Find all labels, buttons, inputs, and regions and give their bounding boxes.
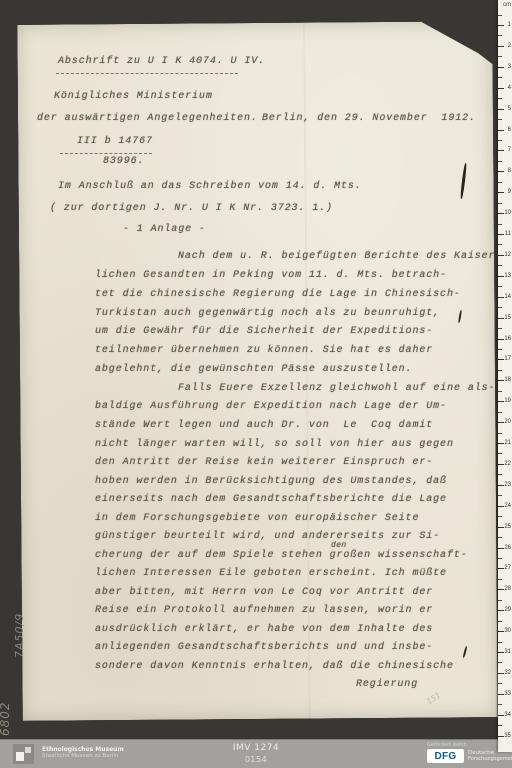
ruler-cm-label: 30 [504,628,511,634]
ruler-half-tick [498,725,502,726]
ruler-cm-label: 22 [504,461,511,467]
dfg-logo: DFG [427,749,464,763]
typed-line: um die Gewähr für die Sicherheit der Exp… [95,326,433,337]
ruler-cm-tick [498,234,504,235]
ref-line2: 83996. [103,156,144,167]
ruler-half-tick [498,516,502,517]
ruler-half-tick [498,662,502,663]
typed-line: hoben werden in Berücksichtigung des Ums… [95,476,447,487]
ruler-cm-tick [498,255,504,256]
ruler-cm-label: 28 [504,586,511,592]
ruler-cm-label: 10 [504,210,511,216]
ruler-half-tick [498,224,502,225]
funding-note: Gefördert durch [427,742,467,748]
ruler-cm-label: 11 [505,231,511,237]
date-line: Berlin, den 29. November 1912. [262,113,476,124]
typed-line: Falls Euere Exzellenz gleichwohl auf ein… [178,383,495,394]
typed-line: den Antritt der Reise kein weiterer Eins… [95,457,433,468]
ruler-cm-label: 21 [504,440,511,446]
ruler-cm-tick [498,548,504,549]
typed-line: stände Wert legen und auch Dr. von Le Co… [95,420,433,431]
typed-line: sondere davon Kenntnis erhalten, daß die… [95,661,454,672]
ruler-half-tick [498,56,502,57]
ruler-cm-label: 9 [508,189,511,195]
typed-line: Reise ein Protokoll aufnehmen zu lassen,… [95,605,433,616]
ruler-cm-tick [498,401,504,402]
ruler-cm-tick [498,589,504,590]
intro-line2: ( zur dortigen J. Nr. U I K Nr. 3723. 1.… [50,203,333,214]
ruler-cm-label: 35 [504,733,511,739]
ruler-cm-tick [498,67,504,68]
ruler-cm-label: 2 [508,43,511,49]
dfg-name-line2: Forschungsgemeinschaft [468,756,512,762]
ruler-cm-label: 29 [504,607,511,613]
ruler-cm-tick [498,192,504,193]
ruler-half-tick [498,15,502,16]
ruler-cm-tick [498,297,504,298]
intro-line3: - 1 Anlage - [123,224,206,235]
ruler-cm-tick [498,130,504,131]
dashed-underline [60,153,152,154]
typed-line: Nach dem u. R. beigefügten Berichte des … [178,251,502,262]
ruler-half-tick [498,161,502,162]
ruler-half-tick [498,621,502,622]
ruler-cm-label: 23 [504,482,511,488]
ref-line1: III b 14767 [77,136,153,147]
ruler-cm-tick [498,464,504,465]
ruler-half-tick [498,642,502,643]
ruler-cm-label: 4 [508,85,511,91]
ruler-half-tick [498,328,502,329]
ruler-cm-label: 8 [508,168,511,174]
typed-line: lichen Gesandten in Peking vom 11. d. Mt… [95,270,447,281]
ruler-cm-label: 6 [508,127,511,133]
ruler-cm-tick [498,88,504,89]
typed-line: baldige Ausführung der Expedition nach L… [95,401,447,412]
ruler-cm-label: 7 [508,147,511,153]
ruler-cm-label: 27 [504,565,511,571]
ruler-cm-label: 19 [504,398,511,404]
typed-line: abgelehnt, die gewünschten Pässe auszust… [95,364,412,375]
ruler-cm-tick [498,610,504,611]
typed-line: lichen Interessen Eile geboten erscheint… [95,568,447,579]
ruler-half-tick [498,537,502,538]
dashed-underline [56,73,238,74]
ruler-cm-tick [498,213,504,214]
ruler-half-tick [498,98,502,99]
ruler-half-tick [498,453,502,454]
ruler-cm-tick [498,150,504,151]
ruler-cm-label: 33 [504,691,511,697]
ruler-cm-tick [498,631,504,632]
typed-line: Regierung [356,679,418,690]
ruler-cm-label: 18 [504,377,511,383]
ruler-cm-tick [498,527,504,528]
ruler-half-tick [498,391,502,392]
ruler-cm-tick [498,422,504,423]
ruler-cm-label: 32 [504,670,511,676]
ruler-cm-label: 24 [504,503,511,509]
typed-line: in dem Forschungsgebiete von europäische… [95,513,419,524]
ruler-cm-label: 5 [508,106,511,112]
ruler-cm-tick [498,46,504,47]
ruler-half-tick [498,203,502,204]
typed-line: anliegenden Gesandtschaftsberichts und u… [95,642,433,653]
ruler-cm-tick [498,736,504,737]
ruler-half-tick [498,140,502,141]
ruler-half-tick [498,77,502,78]
ruler-cm-label: 20 [504,419,511,425]
ruler-cm-tick [498,485,504,486]
typed-line: teilnehmer übernehmen zu können. Sie hat… [95,345,433,356]
margin-annotation-callnumber: 7A50/9 [13,613,26,658]
ruler-cm-label: 13 [504,273,511,279]
ruler-cm-label: 3 [508,64,511,70]
ruler-cm-label: 14 [504,294,511,300]
ruler-half-tick [498,349,502,350]
ruler-cm-tick [498,171,504,172]
ruler-cm-tick [498,276,504,277]
intro-line1: Im Anschluß an das Schreiben vom 14. d. … [58,181,362,192]
ruler-unit-label: cm [503,2,511,8]
ruler-cm-label: 12 [504,252,511,258]
ruler-cm-label: 26 [504,545,511,551]
ruler-half-tick [498,495,502,496]
ruler-cm-tick [498,359,504,360]
ruler-cm-tick [498,318,504,319]
ruler-half-tick [498,119,502,120]
typed-line: tet die chinesische Regierung die Lage i… [95,289,461,300]
ruler-cm-tick [498,339,504,340]
ruler-half-tick [498,474,502,475]
ruler-cm-tick [498,109,504,110]
ruler-cm-tick [498,25,504,26]
ruler-cm-label: 34 [504,712,511,718]
inserted-word: den [331,541,347,550]
ruler-cm-tick [498,506,504,507]
ruler-cm-tick [498,652,504,653]
ruler-cm-label: 31 [504,649,511,655]
typed-line: günstiger beurteilt wird, und anderersei… [95,531,440,542]
ministry-line1: Königliches Ministerium [54,91,213,102]
ruler-half-tick [498,307,502,308]
ruler-cm-tick [498,715,504,716]
ruler-cm-label: 17 [504,356,511,362]
ruler-half-tick [498,704,502,705]
ruler-half-tick [498,412,502,413]
ruler-cm-tick [498,568,504,569]
ministry-line2: der auswärtigen Angelegenheiten. [37,113,258,124]
ruler-half-tick [498,244,502,245]
margin-annotation-number: 6802 [0,701,12,736]
ruler-cm-tick [498,443,504,444]
ruler-cm-tick [498,694,504,695]
ruler-half-tick [498,182,502,183]
ruler-cm-label: 25 [504,524,511,530]
ruler-half-tick [498,265,502,266]
typed-line: ausdrücklich erklärt, er habe von dem In… [95,624,433,635]
ruler-half-tick [498,558,502,559]
ruler-cm-label: 16 [504,336,511,342]
ruler-half-tick [498,683,502,684]
abschrift-line: Abschrift zu U I K 4074. U IV. [58,56,265,67]
ruler-half-tick [498,35,502,36]
typed-line: einerseits nach dem Gesandtschaftsberich… [95,494,447,505]
ruler-cm-label: 15 [504,315,511,321]
ruler-half-tick [498,433,502,434]
viewer-footer-bar: Ethnologisches Museum Staatliche Museen … [0,739,512,768]
ruler-cm-tick [498,380,504,381]
ruler: cm 1234567891011121314151617181920212223… [498,0,512,752]
ruler-cm-label: 1 [508,22,511,28]
ruler-half-tick [498,286,502,287]
ruler-cm-tick [498,673,504,674]
ruler-half-tick [498,600,502,601]
ruler-half-tick [498,579,502,580]
typed-line: cherung der auf dem Spiele stehen großen… [95,550,468,561]
ruler-half-tick [498,370,502,371]
dfg-acronym: DFG [434,751,456,762]
typed-line: Turkistan auch gegenwärtig noch als zu b… [95,308,440,319]
typed-line: aber bitten, mit Herrn von Le Coq vor An… [95,587,433,598]
typed-line: nicht länger warten will, so soll von hi… [95,439,454,450]
